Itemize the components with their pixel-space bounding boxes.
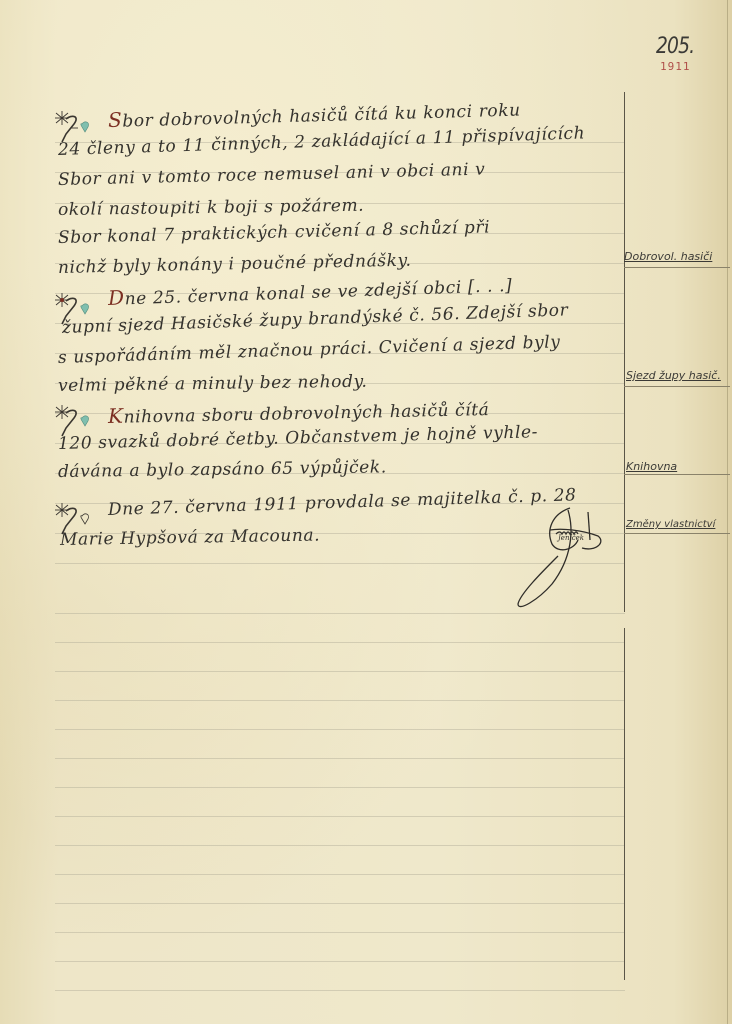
margin-divider — [624, 533, 730, 534]
signature: Jeníček — [512, 500, 607, 612]
ruled-line — [55, 874, 625, 875]
entry-initial: D — [108, 500, 123, 520]
year-stamp: 1911 — [660, 60, 691, 73]
margin-rule — [624, 92, 625, 612]
margin-divider — [624, 267, 730, 268]
margin-note: Knihovna — [626, 460, 677, 473]
margin-rule — [624, 628, 625, 980]
entry-line: dávána a bylo zapsáno 65 výpůjček. — [58, 457, 387, 482]
entry-line: nichž byly konány i poučné přednášky. — [58, 251, 412, 278]
entry-line: velmi pěkné a minuly bez nehody. — [58, 372, 368, 396]
ruled-line — [55, 816, 625, 817]
page-edge — [727, 0, 728, 1024]
margin-note: Dobrovol. hasiči — [624, 250, 712, 263]
entry-initial: S — [108, 108, 123, 132]
ruled-line — [55, 961, 625, 962]
entry-line: Marie Hypšová za Macouna. — [60, 525, 321, 550]
page-number: 205. — [656, 34, 694, 59]
entry-line: Knihovna sboru dobrovolných hasičů čítá — [108, 396, 490, 428]
entry-line: okolí nastoupiti k boji s požárem. — [58, 196, 364, 220]
entry-line: Dne 27. června 1911 provdala se majitelk… — [108, 485, 577, 520]
ledger-page: 205. 1911 Sbor dobrovolných hasičů čítá … — [0, 0, 732, 1024]
ruled-line — [55, 932, 625, 933]
ruled-line — [55, 613, 625, 614]
ruled-line — [55, 642, 625, 643]
svg-text:Jeníček: Jeníček — [556, 534, 584, 542]
ruled-line — [55, 903, 625, 904]
entry-line: Sbor konal 7 praktických cvičení a 8 sch… — [58, 217, 491, 248]
entry-line: s uspořádáním měl značnou práci. Cvičení… — [58, 332, 561, 368]
ruled-line — [55, 990, 625, 991]
ruled-line — [55, 700, 625, 701]
entry-initial: K — [108, 404, 124, 428]
entry-line: Sbor ani v tomto roce nemusel ani v obci… — [58, 160, 486, 190]
margin-divider — [624, 474, 730, 475]
margin-divider — [624, 386, 730, 387]
ruled-line — [55, 729, 625, 730]
margin-note: Sjezd župy hasič. — [626, 369, 721, 382]
ruled-line — [55, 787, 625, 788]
ruled-line — [55, 758, 625, 759]
margin-note: Změny vlastnictví — [626, 519, 715, 530]
ruled-line — [55, 845, 625, 846]
entry-initial: D — [108, 285, 125, 310]
ruled-line — [55, 671, 625, 672]
